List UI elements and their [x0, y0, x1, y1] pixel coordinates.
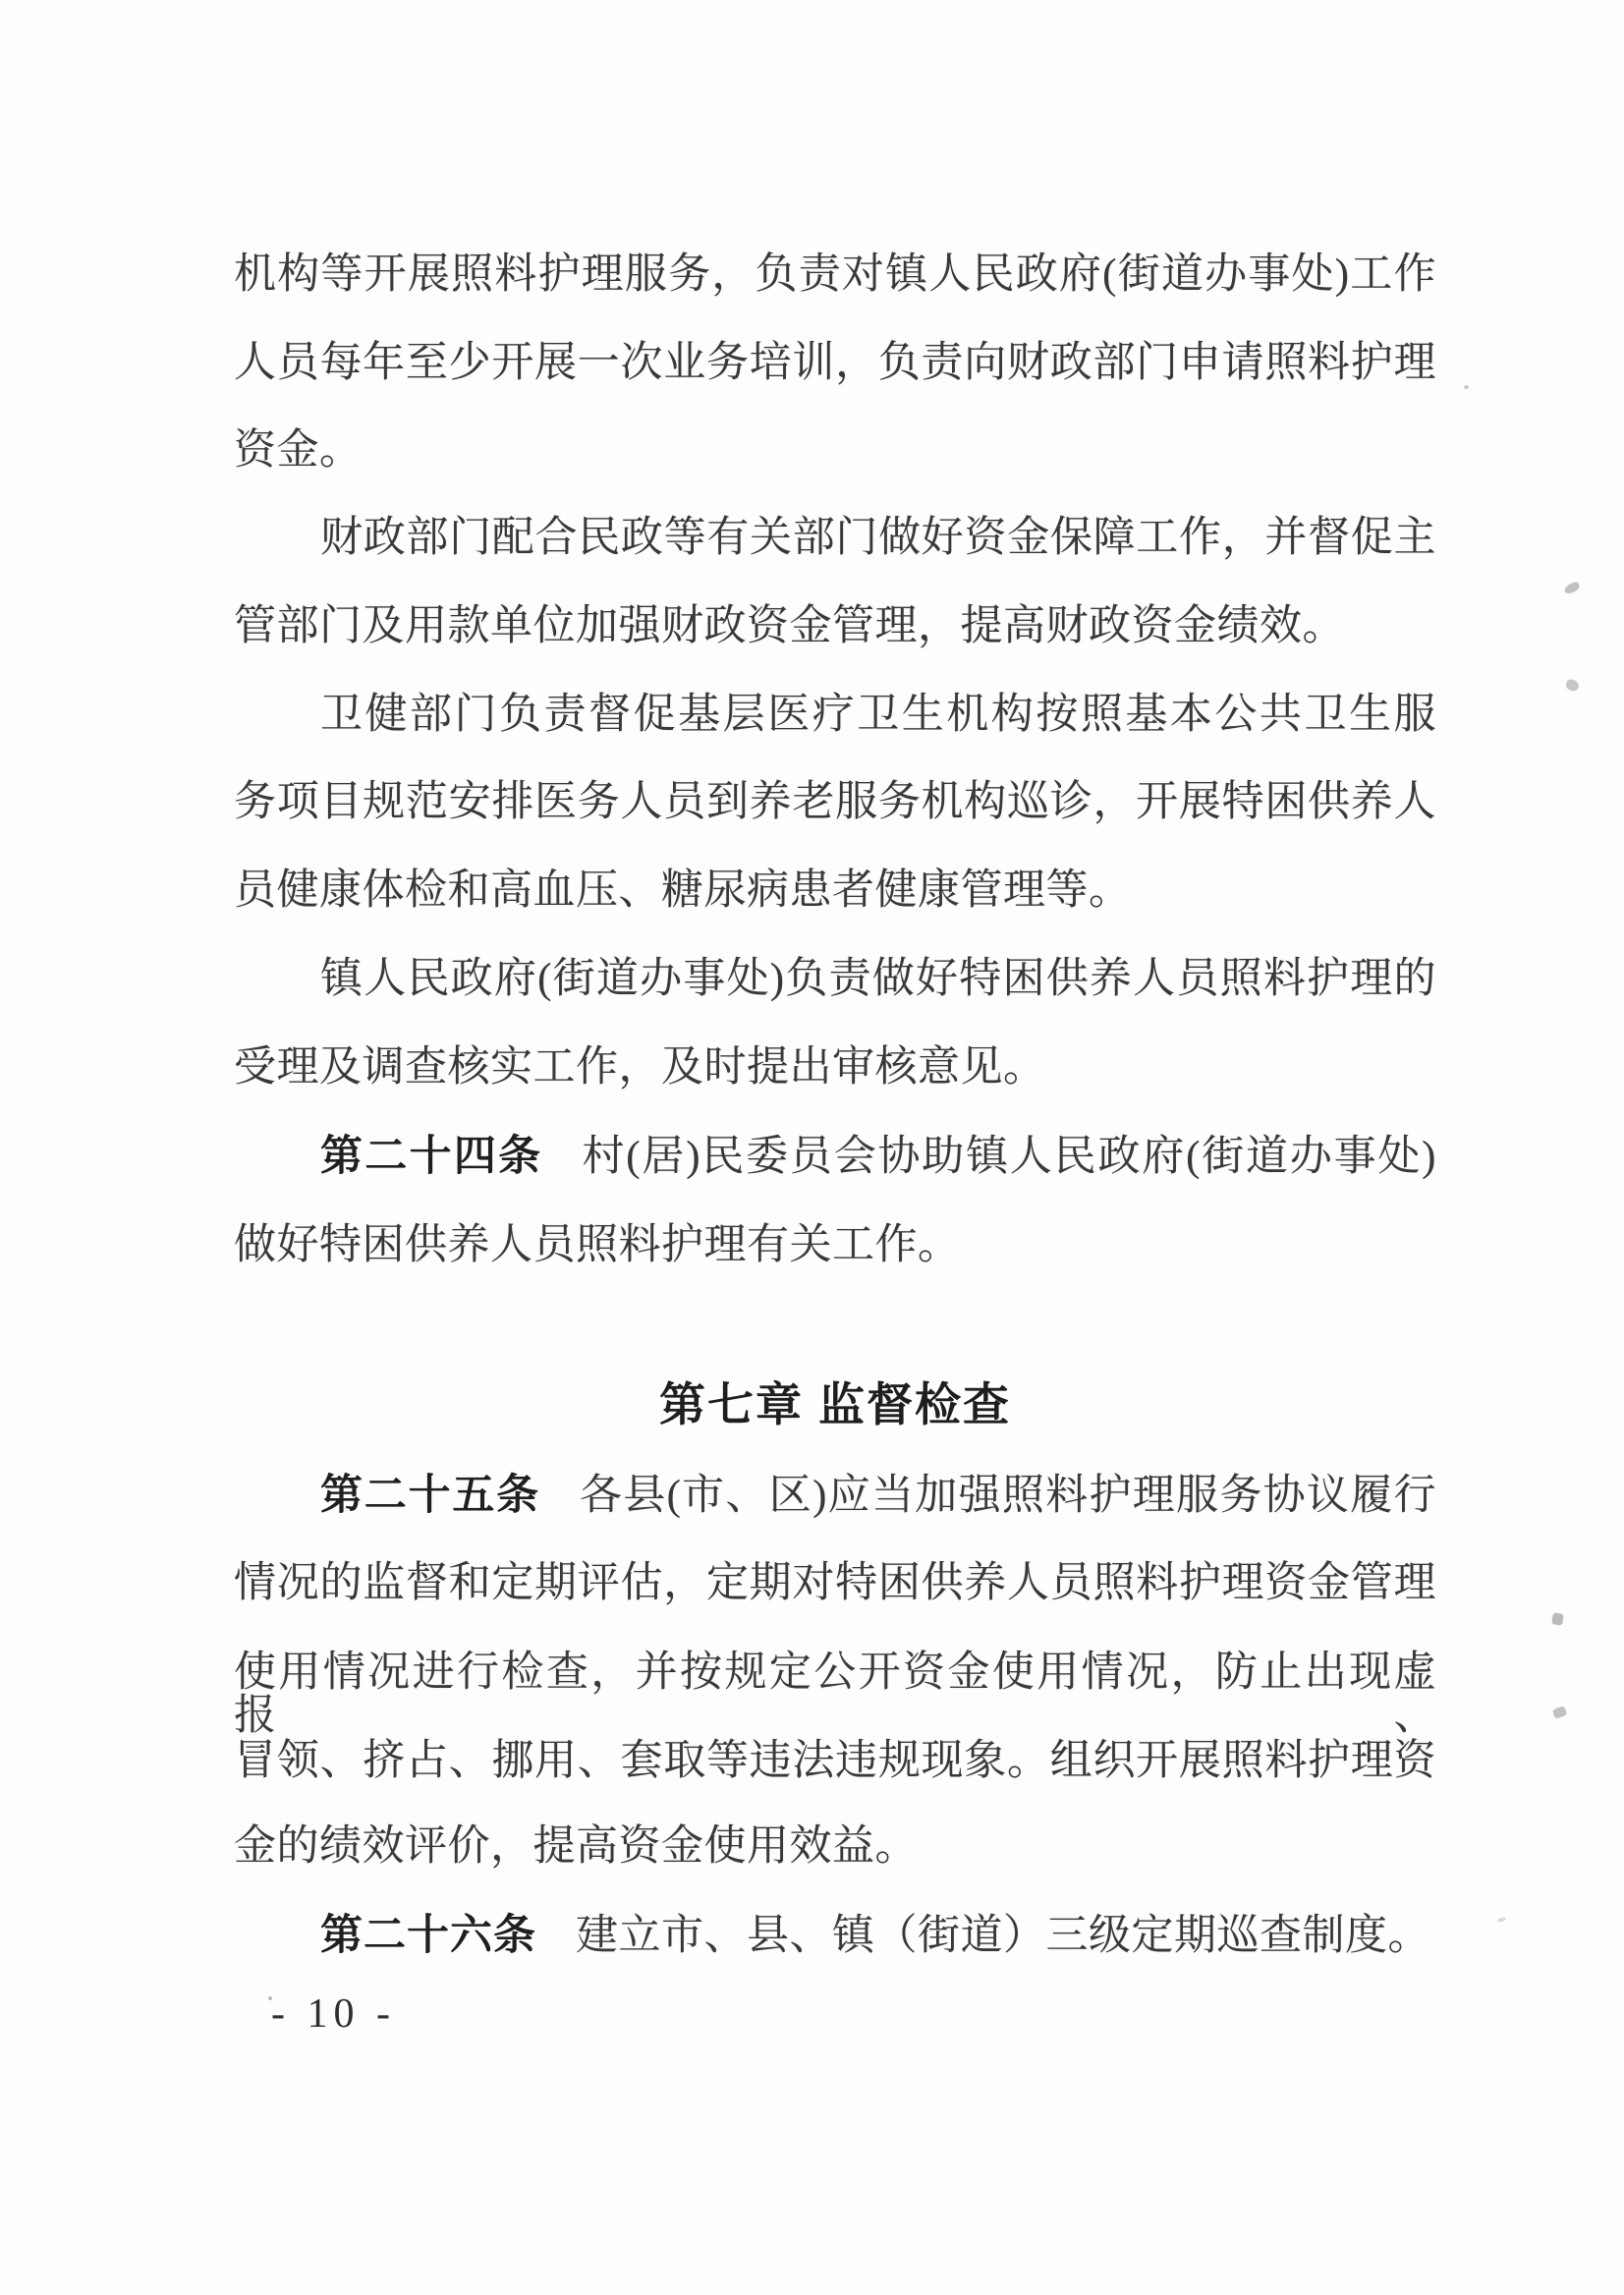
text-line: 镇人民政府(街道办事处)负责做好特困供养人员照料护理的	[234, 958, 1436, 1001]
article-number: 第二十六条	[320, 1912, 536, 1959]
text-line: 金的绩效评价，提高资金使用效益。	[234, 1825, 1436, 1869]
page-number: - 10 -	[271, 1992, 396, 2036]
line-text: 村(居)民委员会协助镇人民政府(街道办事处)	[582, 1134, 1436, 1180]
document-page: 机构等开展照料护理服务，负责对镇人民政府(街道办事处)工作 人员每年至少开展一次…	[0, 0, 1624, 2295]
text-line: 人员每年至少开展一次业务培训，负责向财政部门申请照料护理	[234, 342, 1436, 385]
text-line: 机构等开展照料护理服务，负责对镇人民政府(街道办事处)工作	[234, 253, 1436, 297]
text-line: 做好特困供养人员照料护理有关工作。	[234, 1224, 1436, 1267]
article-number: 第二十四条	[320, 1133, 542, 1180]
text-line: 情况的监督和定期评估，定期对特困供养人员照料护理资金管理	[234, 1562, 1436, 1605]
scan-speck	[1497, 1917, 1507, 1923]
text-line: 卫健部门负责督促基层医疗卫生机构按照基本公共卫生服	[234, 694, 1436, 737]
text-line: 冒领、挤占、挪用、套取等违法违规现象。组织开展照料护理资	[234, 1740, 1436, 1783]
text-line: 第二十五条各县(市、区)应当加强照料护理服务协议履行	[234, 1474, 1436, 1518]
article-number: 第二十五条	[320, 1472, 540, 1519]
scan-speck	[1552, 1706, 1568, 1719]
text-line: 第二十六条建立市、县、镇（街道）三级定期巡查制度。	[234, 1914, 1436, 1958]
line-text: 各县(市、区)应当加强照料护理服务协议履行	[580, 1473, 1436, 1519]
text-line: 资金。	[234, 429, 1436, 473]
text-line: 使用情况进行检查，并按规定公开资金使用情况，防止出现虚报、	[234, 1651, 1436, 1738]
line-text: 建立市、县、镇（街道）三级定期巡查制度。	[576, 1913, 1430, 1959]
text-line: 受理及调查核实工作，及时提出审核意见。	[234, 1046, 1436, 1090]
chapter-heading: 第七章 监督检查	[234, 1381, 1436, 1428]
scan-speck	[1551, 1612, 1564, 1626]
scan-speck	[268, 1996, 272, 2000]
text-line: 第二十四条村(居)民委员会协助镇人民政府(街道办事处)	[234, 1135, 1436, 1179]
scan-speck	[1563, 581, 1581, 595]
text-line: 员健康体检和高血压、糖尿病患者健康管理等。	[234, 869, 1436, 913]
text-line: 财政部门配合民政等有关部门做好资金保障工作，并督促主	[234, 517, 1436, 560]
scan-speck	[1565, 679, 1580, 693]
text-line: 务项目规范安排医务人员到养老服务机构巡诊，开展特困供养人	[234, 781, 1436, 824]
scan-speck	[1464, 385, 1469, 389]
text-line: 管部门及用款单位加强财政资金管理，提高财政资金绩效。	[234, 605, 1436, 648]
